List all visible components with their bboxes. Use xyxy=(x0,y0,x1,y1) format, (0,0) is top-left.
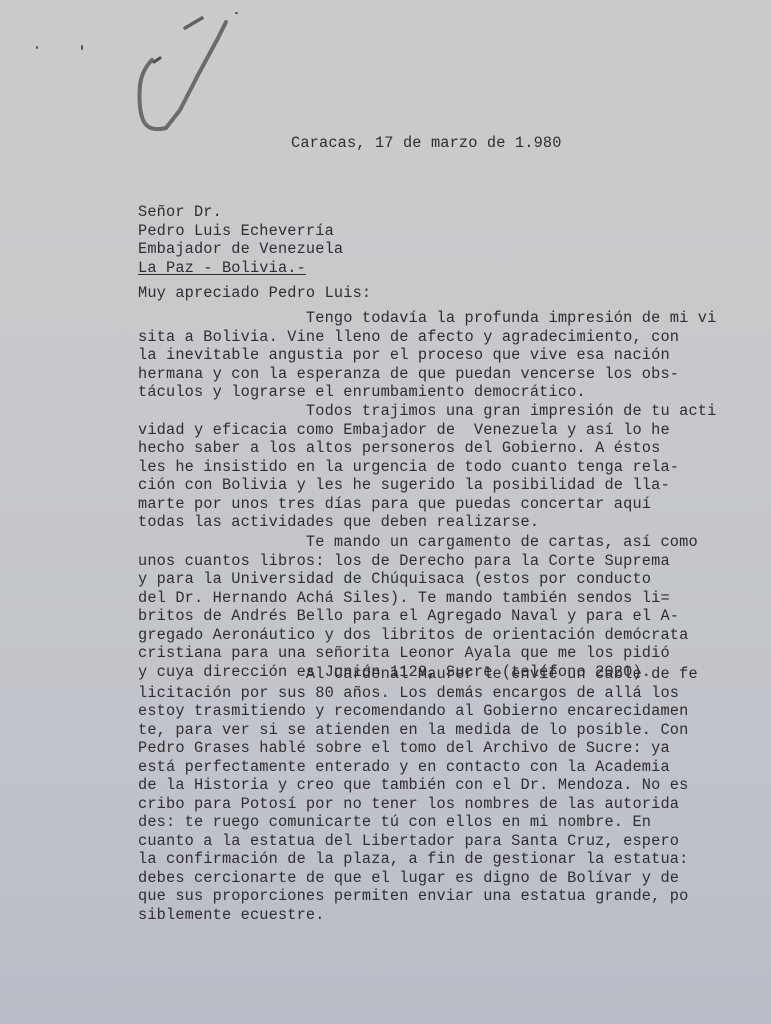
text-line: la inevitable angustia por el proceso qu… xyxy=(138,346,716,365)
text-line: les he insistido en la urgencia de todo … xyxy=(138,458,716,477)
text-line: unos cuantos libros: los de Derecho para… xyxy=(138,552,698,571)
text-line: está perfectamente enterado y en contact… xyxy=(138,758,698,777)
text-line: Al Cardenal Maurer le envié un cable de … xyxy=(138,665,698,684)
text-line: Pedro Grases hablé sobre el tomo del Arc… xyxy=(138,739,698,758)
text-line: de la Historia y creo que también con el… xyxy=(138,776,698,795)
text-line: des: te ruego comunicarte tú con ellos e… xyxy=(138,813,698,832)
text-line: gregado Aeronáutico y dos libritos de or… xyxy=(138,626,698,645)
recipient-line: Embajador de Venezuela xyxy=(138,240,343,259)
text-line: y para la Universidad de Chúquisaca (est… xyxy=(138,570,698,589)
text-line: hecho saber a los altos personeros del G… xyxy=(138,439,716,458)
text-line: marte por unos tres días para que puedas… xyxy=(138,495,716,514)
text-line: táculos y lograrse el enrumbamiento demo… xyxy=(138,383,716,402)
ink-speck xyxy=(235,12,238,14)
text-line: siblemente ecuestre. xyxy=(138,906,698,925)
date-line: Caracas, 17 de marzo de 1.980 xyxy=(291,134,562,153)
text-line: Todos trajimos una gran impresión de tu … xyxy=(138,402,716,421)
text-line: licitación por sus 80 años. Los demás en… xyxy=(138,684,698,703)
ink-speck xyxy=(81,45,83,50)
text-line: que sus proporciones permiten enviar una… xyxy=(138,887,698,906)
paragraph-1: Tengo todavía la profunda impresión de m… xyxy=(138,309,716,402)
text-line: cristiana para una señorita Leonor Ayala… xyxy=(138,644,698,663)
recipient-line: Señor Dr. xyxy=(138,203,222,222)
handwritten-check-mark-icon xyxy=(130,10,240,135)
text-line: britos de Andrés Bello para el Agregado … xyxy=(138,607,698,626)
text-line: cuanto a la estatua del Libertador para … xyxy=(138,832,698,851)
text-line: debes cercionarte de que el lugar es dig… xyxy=(138,869,698,888)
recipient-location: La Paz - Bolivia.- xyxy=(138,259,306,278)
text-line: Tengo todavía la profunda impresión de m… xyxy=(138,309,716,328)
text-line: del Dr. Hernando Achá Siles). Te mando t… xyxy=(138,589,698,608)
text-line: hermana y con la esperanza de que puedan… xyxy=(138,365,716,384)
text-line: ción con Bolivia y les he sugerido la po… xyxy=(138,476,716,495)
text-line: vidad y eficacia como Embajador de Venez… xyxy=(138,421,716,440)
text-line: la confirmación de la plaza, a fin de ge… xyxy=(138,850,698,869)
letter-page: Caracas, 17 de marzo de 1.980 Señor Dr. … xyxy=(0,0,771,1024)
paragraph-3: Te mando un cargamento de cartas, así co… xyxy=(138,533,698,681)
recipient-line: Pedro Luis Echeverría xyxy=(138,222,334,241)
text-line: cribo para Potosí por no tener los nombr… xyxy=(138,795,698,814)
text-line: Te mando un cargamento de cartas, así co… xyxy=(138,533,698,552)
text-line: estoy trasmitiendo y recomendando al Gob… xyxy=(138,702,698,721)
salutation: Muy apreciado Pedro Luis: xyxy=(138,284,371,303)
text-line: sita a Bolivia. Vine lleno de afecto y a… xyxy=(138,328,716,347)
ink-speck xyxy=(36,46,38,49)
paragraph-4: Al Cardenal Maurer le envié un cable de … xyxy=(138,665,698,924)
text-line: te, para ver si se atienden en la medida… xyxy=(138,721,698,740)
text-line: todas las actividades que deben realizar… xyxy=(138,513,716,532)
paragraph-2: Todos trajimos una gran impresión de tu … xyxy=(138,402,716,532)
